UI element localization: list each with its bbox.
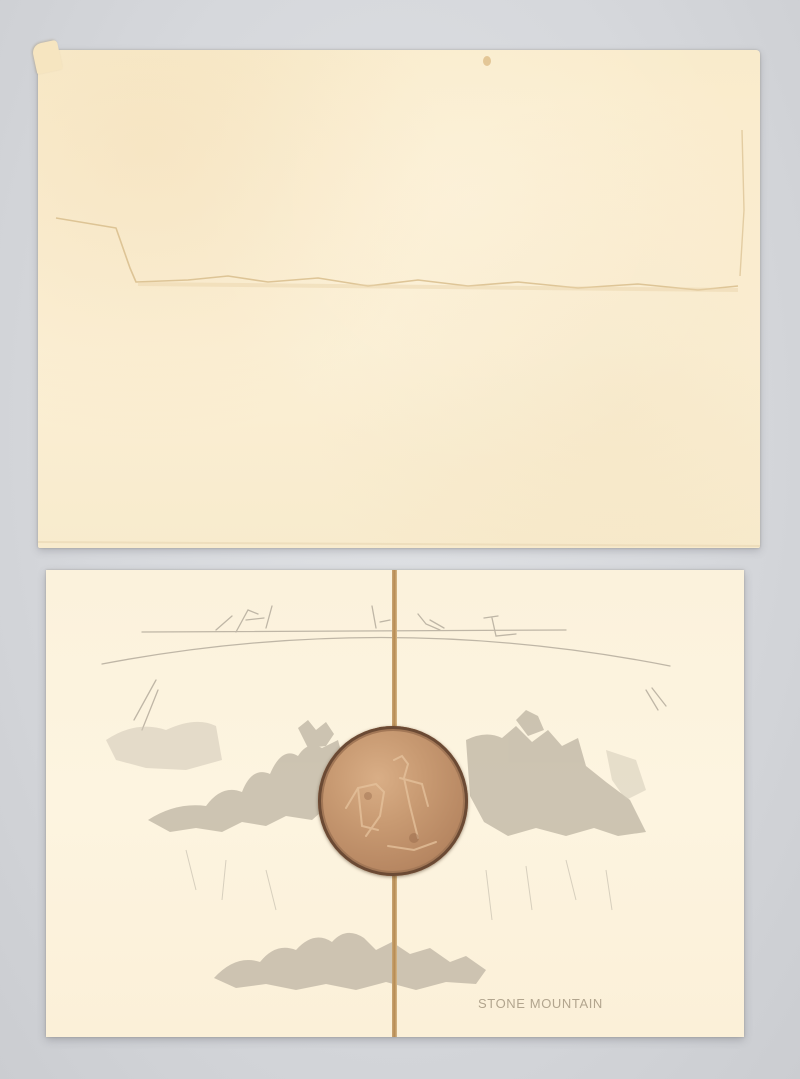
envelope-flap-edge <box>38 50 760 548</box>
envelope-torn-corner <box>31 40 63 75</box>
coin-card: STONE MOUNTAIN <box>46 570 744 1037</box>
envelope <box>38 50 760 548</box>
card-caption: STONE MOUNTAIN <box>478 996 603 1011</box>
coin-relief-icon <box>318 726 468 876</box>
envelope-stain <box>483 56 491 66</box>
commemorative-coin <box>318 726 468 876</box>
